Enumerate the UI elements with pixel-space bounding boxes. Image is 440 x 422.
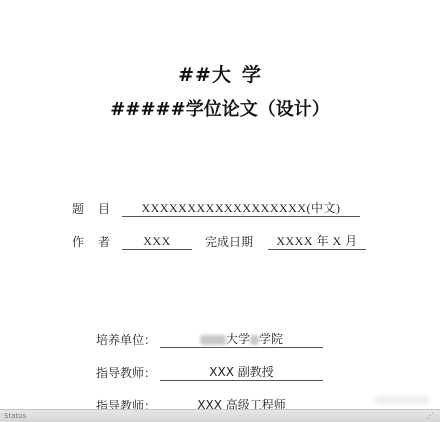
- training-unit-part-1: 大学: [226, 332, 250, 346]
- advisor-1-field[interactable]: XXX 副教授: [160, 364, 323, 381]
- university-char-1: 大: [212, 64, 232, 86]
- author-label: 作者: [72, 233, 110, 250]
- training-unit-part-2: 学院: [259, 332, 283, 346]
- thesis-title: #####学位论文（设计）: [0, 95, 440, 121]
- status-bar: Status ⋰: [0, 409, 440, 422]
- author-field[interactable]: XXX: [122, 233, 192, 250]
- document-page: ##大学 #####学位论文（设计） 题目 XXXXXXXXXXXXXXXXXX…: [0, 0, 440, 409]
- author-label-char-2: 者: [98, 235, 110, 249]
- university-prefix: ##: [178, 64, 212, 86]
- watermark: [375, 396, 430, 404]
- training-unit-label: 培养单位：: [96, 331, 156, 348]
- topic-label-char-1: 题: [72, 202, 84, 216]
- author-label-char-1: 作: [72, 235, 84, 249]
- topic-label-char-2: 目: [98, 202, 110, 216]
- university-title: ##大学: [0, 60, 440, 87]
- redacted-block: [200, 335, 226, 345]
- advisor-1-label: 指导教师：: [96, 364, 156, 381]
- status-text: Status: [4, 412, 26, 420]
- redacted-block: [250, 335, 259, 345]
- completion-date-field[interactable]: XXXX 年 X 月: [268, 233, 366, 250]
- training-unit-field[interactable]: 大学学院: [160, 331, 323, 348]
- topic-field[interactable]: XXXXXXXXXXXXXXXXXX(中文): [122, 200, 360, 217]
- topic-label: 题目: [72, 200, 110, 217]
- resize-grip-icon[interactable]: ⋰: [426, 411, 434, 420]
- completion-date-label: 完成日期: [205, 233, 253, 250]
- university-char-2: 学: [242, 64, 262, 86]
